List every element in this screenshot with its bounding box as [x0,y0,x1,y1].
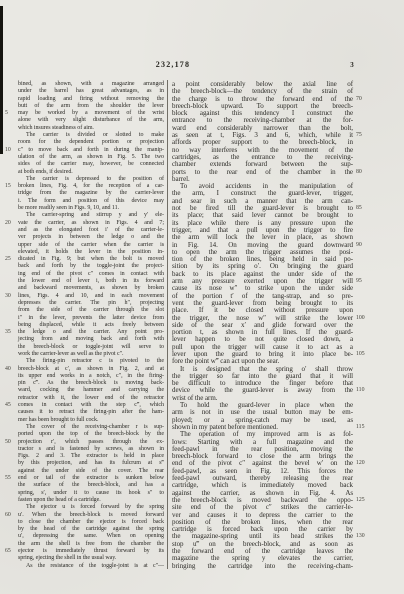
text-line: pin c‴. As the breech-block is moving ba… [18,380,164,387]
text-line: u′. When the breech-block is moved forwa… [18,512,164,519]
text-line: c″ to move back and forth in during the … [18,147,164,154]
text-line: causes it to retract the firing-pin afte… [18,409,164,416]
column-divider-rule [167,80,168,569]
line-number: 35 [5,329,16,336]
text-line: u′, depressing the same. When on opening [18,533,164,540]
line-number: 105 [356,351,370,358]
line-number: 120 [356,460,370,467]
text-column-right: a point considerably below the axial lin… [172,81,353,570]
text-line: which insures steadiness of aim. [18,125,164,132]
text-line: The ejector u is forced forward by the s… [18,504,164,511]
text-line: ejector is immediately thrust forward by… [18,548,164,555]
line-number: 90 [356,242,370,249]
text-line: sides of the carrier may, however, be co… [18,161,164,168]
text-line: breech-block at c′, as shown in Fig. 2, … [18,366,164,373]
text-line: to close the chamber the ejector is forc… [18,519,164,526]
text-line: being displaced, while it acts freely be… [18,322,164,329]
text-line: ported upon the top of the breech-block … [18,431,164,438]
text-line: the arm the shell is free from the chamb… [18,541,164,548]
text-line: ing end of the pivot c″ comes in contact… [18,271,164,278]
line-number: 20 [5,220,16,227]
text-line: at both ends, if desired. [18,169,164,176]
page-number: 3 [344,61,360,69]
text-line: tractor s and is fastened by screws, as … [18,446,164,453]
text-line: alone with very slight disturbance of th… [18,117,164,124]
text-line: the lower end of lever i, both in its fo… [18,278,164,285]
text-line: bined, as shown, with a magazine arrange… [18,81,164,88]
line-number: 95 [356,278,370,285]
line-number: 45 [5,402,16,409]
text-line: and as the elongated foot i′ of the carr… [18,227,164,234]
text-line: ports to the rear end of the chamber in … [172,169,353,176]
line-number: 115 [356,424,370,431]
text-line: retractor with it, the lower end of the … [18,395,164,402]
text-line: elevated, it holds the lever in the posi… [18,249,164,256]
text-line: the surface of the breech-block, and has… [18,482,164,489]
text-line: by this projection, and has its fulcrum … [18,460,164,467]
text-line: spring, ejecting the shell in the usual … [18,555,164,562]
line-number: 80 [356,169,370,176]
line-number: 55 [5,475,16,482]
text-line: The firing-pin retractor c is pivoted to… [18,358,164,365]
text-line: mer has been brought to full cock. [18,417,164,424]
text-line: spring, s′, under it to cause its hook s… [18,490,164,497]
line-number: 130 [356,533,370,540]
line-number: 25 [5,256,16,263]
text-line: room for the dependent portion or projec… [18,139,164,146]
line-number: 10 [5,147,16,154]
text-line: tridge from the magazine by the carrier-… [18,190,164,197]
line-number: 100 [356,315,370,322]
text-line: The carrier-spring and stirrup y and y′ … [18,212,164,219]
line-number: 125 [356,497,370,504]
text-line: i. The form and position of this device … [18,198,164,205]
line-number: 15 [5,183,16,190]
text-line: ver projects in between the ledge o and … [18,234,164,241]
line-number: 65 [5,548,16,555]
text-line: the breech-block or toggle-joint will se… [18,344,164,351]
text-line: be more readily seen in Figs. 9, 10, and… [18,205,164,212]
text-line: back and forth by the toggle-joint the p… [18,263,164,270]
line-number: 50 [5,439,16,446]
text-line: ward, cocking the hammer and carrying th… [18,387,164,394]
line-number: 75 [356,132,370,139]
text-line: lines, Figs. 4 and 10, and in each movem… [18,293,164,300]
patent-number: 232,178 [0,60,346,69]
text-line: under the barrel has great advantages, a… [18,88,164,95]
text-line: its upper end works in a notch, c″, in t… [18,373,164,380]
text-line: by the head of the cartridge against the… [18,526,164,533]
text-line: i″ in the lever, prevents the latter dev… [18,315,164,322]
text-line: jecting from and moving back and forth w… [18,336,164,343]
line-number: 5 [5,110,16,117]
text-line: vate the carrier, as shown in Figs. 4 an… [18,220,164,227]
text-line: rapid loading and firing without removin… [18,96,164,103]
text-line: against the under side of the cover. The… [18,468,164,475]
line-number: 40 [5,366,16,373]
line-number: 110 [356,387,370,394]
text-line: from the side of the carrier through the… [18,307,164,314]
text-line: bringing the cartridge into the receivin… [172,563,353,570]
text-line: As the resistance of the toggle-joint is… [18,563,164,570]
line-number: 30 [5,293,16,300]
text-line: upper side of the carrier when the carri… [18,242,164,249]
text-line: projection r′, which passes through the … [18,439,164,446]
line-number: 85 [356,205,370,212]
scan-artifact-left-edge [0,6,3,154]
line-number: 70 [356,96,370,103]
patent-page: 232,178 3 bined, as shown, with a magazi… [0,0,404,594]
text-line: and backward movements, as shown by brok… [18,285,164,292]
line-number: 60 [5,512,16,519]
text-column-left: bined, as shown, with a magazine arrange… [18,81,164,570]
